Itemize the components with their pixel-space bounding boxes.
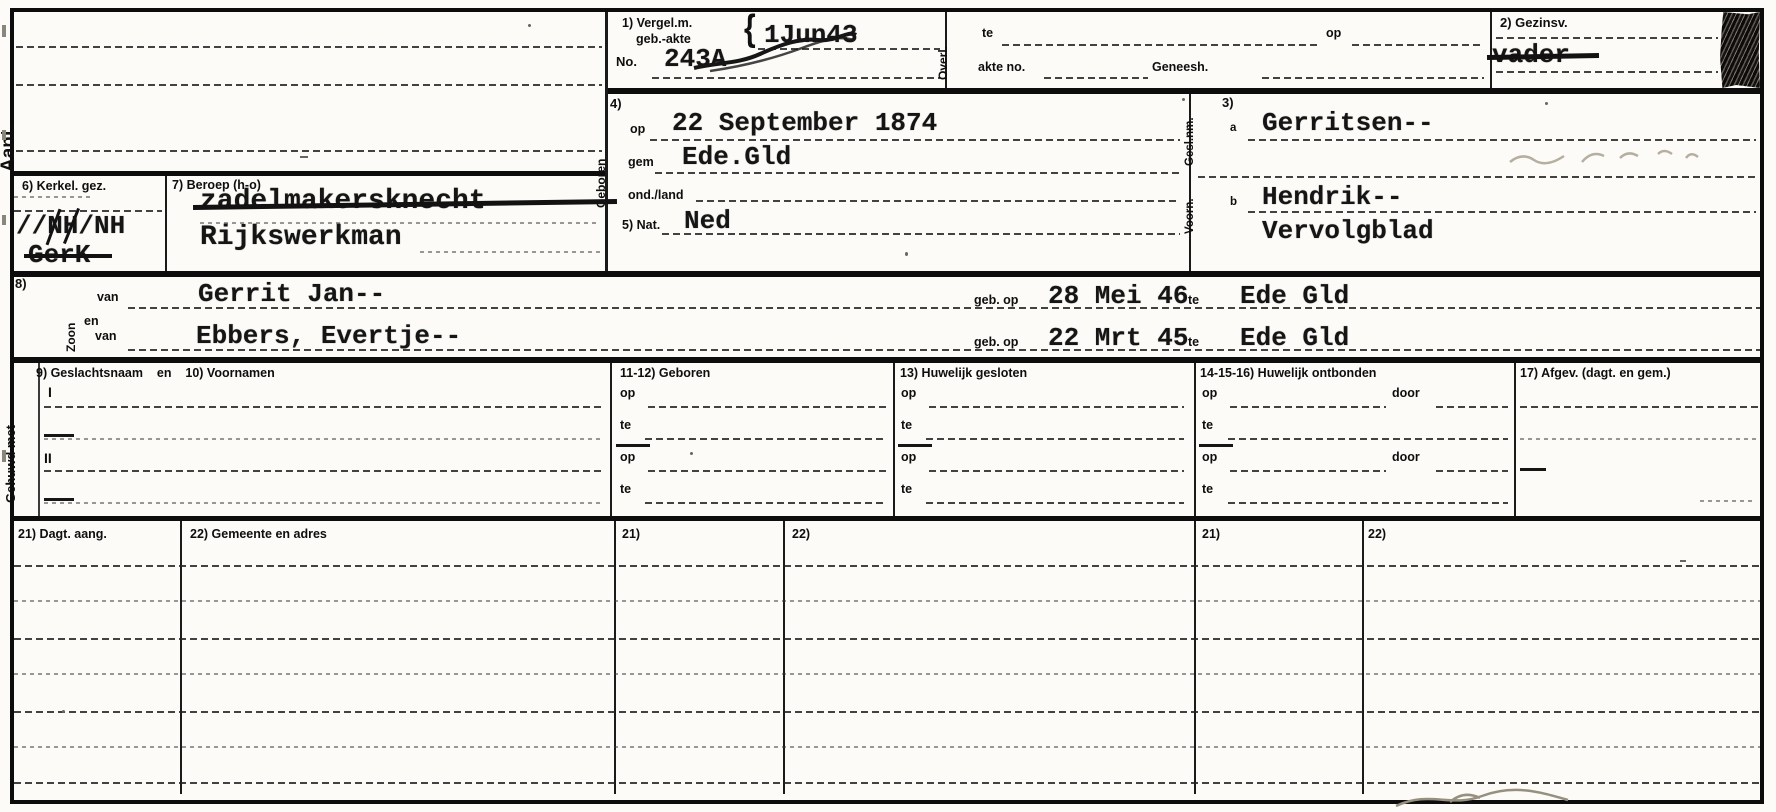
overl-op-label: op: [1326, 26, 1341, 40]
dotted-rule: [662, 233, 1180, 235]
nationality-value: Ned: [684, 206, 731, 236]
dotted-rule: [14, 565, 1760, 567]
section-border: [14, 516, 1760, 521]
dotted-rule: [1352, 44, 1484, 46]
scan-edge-mark: [2, 25, 6, 37]
dotted-rule: [1496, 71, 1718, 73]
dotted-rule: [1248, 211, 1756, 213]
reg-header-22c: 22): [1368, 527, 1386, 541]
col-header-afgev: 17) Afgev. (dagt. en gem.): [1520, 366, 1671, 380]
en-label: en: [84, 314, 99, 328]
dotted-rule: [128, 349, 1760, 351]
father-name-value: Gerrit Jan--: [198, 279, 385, 309]
dotted-rule: [16, 84, 602, 86]
geboren-gem-label: gem: [628, 155, 654, 169]
dotted-rule: [1248, 139, 1756, 141]
te-label: te: [901, 418, 912, 432]
divider-line: [180, 521, 182, 794]
dotted-rule: [1496, 37, 1718, 39]
naam-num: 3): [1222, 95, 1234, 110]
nat-label: 5) Nat.: [622, 218, 660, 232]
col-header-geboren: 11-12) Geboren: [620, 366, 710, 380]
noise-speck: [528, 24, 531, 27]
op-label: op: [901, 450, 916, 464]
naam-a-label: a: [1230, 122, 1236, 134]
divider-line: [893, 363, 895, 516]
scan-edge-mark: [2, 130, 6, 140]
divider-line: [1194, 363, 1196, 516]
te-label: te: [901, 482, 912, 496]
op-label: op: [1202, 386, 1217, 400]
naam-b-label: b: [1230, 196, 1237, 208]
dotted-rule: [14, 638, 1760, 640]
short-dash-mark: [616, 444, 650, 447]
short-dash-mark: [898, 444, 932, 447]
pencil-flourish: [1390, 786, 1575, 812]
dotted-rule: [44, 406, 604, 408]
dotted-rule: [1520, 406, 1758, 408]
geslnm-rotated-label: Gesl.nm.: [1184, 117, 1196, 166]
reg-header-gemeente: 22) Gemeente en adres: [190, 527, 327, 541]
parents-num: 8): [15, 276, 27, 291]
te-label: te: [1188, 293, 1199, 307]
noise-speck: [905, 252, 908, 256]
dotted-rule: [16, 150, 602, 152]
dotted-rule: [929, 406, 1184, 408]
dotted-rule: [926, 502, 1184, 504]
dotted-rule: [648, 406, 886, 408]
ink-blot-hatch: [1720, 12, 1760, 88]
geb-op-label: geb. op: [974, 335, 1018, 349]
op-label: op: [620, 386, 635, 400]
divider-line: [614, 521, 616, 794]
op-label: op: [620, 450, 635, 464]
dotted-rule: [128, 307, 1760, 309]
dotted-rule: [44, 502, 604, 504]
dotted-rule: [14, 711, 1760, 713]
kerkel-header: 6) Kerkel. gez.: [22, 179, 106, 193]
reg-header-dagt: 21) Dagt. aang.: [18, 527, 107, 541]
dotted-rule: [1228, 502, 1508, 504]
mother-birthplace-value: Ede Gld: [1240, 323, 1349, 353]
te-label: te: [1202, 482, 1213, 496]
scan-edge-mark: [2, 215, 6, 225]
signature-flourish: [690, 28, 860, 73]
dotted-rule: [652, 77, 940, 79]
dotted-rule: [44, 438, 604, 440]
divider-line: [1362, 521, 1364, 794]
marriage-row-1-numeral: I: [48, 384, 52, 400]
zoon-rotated-label: Zoon: [64, 323, 78, 352]
dotted-rule: [645, 438, 886, 440]
strikethrough-mark: [24, 254, 112, 258]
dotted-rule: [16, 46, 602, 48]
geb-op-label: geb. op: [974, 293, 1018, 307]
divider-line: [610, 363, 612, 516]
persoonskaart-scan: Aant. 1) Vergel.m. geb.-akte { 1Jun43 No…: [0, 0, 1776, 812]
dotted-rule: [648, 470, 886, 472]
te-label: te: [1202, 418, 1213, 432]
mother-name-value: Ebbers, Evertje--: [196, 321, 461, 351]
col-header-gesloten: 13) Huwelijk gesloten: [900, 366, 1027, 380]
noise-speck: [62, 710, 65, 713]
dotted-rule: [1228, 438, 1508, 440]
firstname-value: Hendrik--: [1262, 182, 1402, 212]
section-border: [14, 357, 1760, 363]
col-header-name: 9) Geslachtsnaam en 10) Voornamen: [36, 366, 275, 380]
dotted-rule: [1230, 406, 1386, 408]
dotted-rule: [1198, 176, 1756, 178]
dotted-rule: [1262, 77, 1484, 79]
vervolgblad-value: Vervolgblad: [1262, 216, 1434, 246]
dotted-rule: [929, 470, 1184, 472]
dotted-rule: [645, 502, 886, 504]
section-border: [605, 88, 1760, 94]
akte-no-label: akte no.: [978, 60, 1025, 74]
divider-line: [783, 521, 785, 794]
door-label: door: [1392, 450, 1420, 464]
voorn-rotated-label: Voorn.: [1184, 198, 1196, 234]
gezinsv-header: 2) Gezinsv.: [1500, 15, 1568, 30]
father-birthdate-value: 28 Mei 46: [1048, 281, 1188, 311]
short-dash-mark: [1199, 444, 1233, 447]
beroep-value: Rijkswerkman: [200, 222, 402, 253]
noise-speck: [1545, 102, 1548, 105]
dotted-rule: [14, 782, 1760, 784]
dotted-rule: [1230, 470, 1386, 472]
dotted-rule: [14, 196, 94, 198]
dotted-rule: [655, 172, 1180, 174]
geneesh-label: Geneesh.: [1152, 60, 1208, 74]
dotted-rule: [1002, 44, 1318, 46]
vergel-label: 1) Vergel.m.: [622, 16, 692, 30]
te-label: te: [620, 482, 631, 496]
op-label: op: [901, 386, 916, 400]
overl-rotated-label: Overl.: [936, 46, 950, 80]
divider-line: [605, 12, 608, 271]
col-header-ontbonden: 14-15-16) Huwelijk ontbonden: [1200, 366, 1376, 380]
noise-speck: [1182, 98, 1185, 101]
no-label: No.: [616, 54, 637, 69]
van-label: van: [95, 329, 117, 343]
birth-place-value: Ede.Gld: [682, 142, 791, 172]
scan-edge-mark: [2, 450, 6, 462]
dotted-rule: [420, 251, 600, 253]
faint-handwriting-smudge: [1505, 142, 1715, 172]
te-label: te: [1188, 335, 1199, 349]
dotted-rule: [1436, 470, 1508, 472]
noise-speck: [690, 452, 693, 455]
door-label: door: [1392, 386, 1420, 400]
dotted-rule: [1520, 438, 1758, 440]
ond-land-label: ond./land: [628, 188, 684, 202]
dotted-rule: [14, 600, 1760, 602]
van-label: van: [97, 290, 119, 304]
dotted-rule: [1700, 500, 1756, 502]
dotted-rule: [14, 746, 1760, 748]
short-dash-mark: [44, 434, 74, 437]
surname-value: Gerritsen--: [1262, 108, 1434, 138]
dotted-rule: [696, 200, 1180, 202]
overl-te-label: te: [982, 26, 993, 40]
section-border: [14, 271, 1760, 277]
divider-line: [1194, 521, 1196, 794]
noise-speck: [1680, 560, 1686, 562]
dotted-rule: [14, 673, 1760, 675]
birth-date-value: 22 September 1874: [672, 108, 937, 138]
geboren-num: 4): [610, 96, 622, 111]
mother-birthdate-value: 22 Mrt 45: [1048, 323, 1188, 353]
op-label: op: [1202, 450, 1217, 464]
dotted-rule: [926, 438, 1184, 440]
reg-header-21b: 21): [622, 527, 640, 541]
section-border: [14, 171, 607, 176]
short-dash-mark: [44, 498, 74, 501]
divider-line: [38, 363, 40, 516]
reg-header-21c: 21): [1202, 527, 1220, 541]
divider-line: [1514, 363, 1516, 516]
marriage-row-2-numeral: II: [44, 450, 52, 466]
dotted-rule: [650, 139, 1180, 141]
dotted-rule: [44, 470, 604, 472]
father-birthplace-value: Ede Gld: [1240, 281, 1349, 311]
noise-speck: [300, 156, 308, 158]
dotted-rule: [1044, 77, 1148, 79]
short-dash-mark: [1520, 468, 1546, 471]
gehuwd-met-rotated-label: Gehuwd met: [3, 425, 18, 503]
geboren-op-label: op: [630, 122, 645, 136]
te-label: te: [620, 418, 631, 432]
reg-header-22b: 22): [792, 527, 810, 541]
divider-line: [165, 176, 167, 271]
dotted-rule: [1436, 406, 1508, 408]
